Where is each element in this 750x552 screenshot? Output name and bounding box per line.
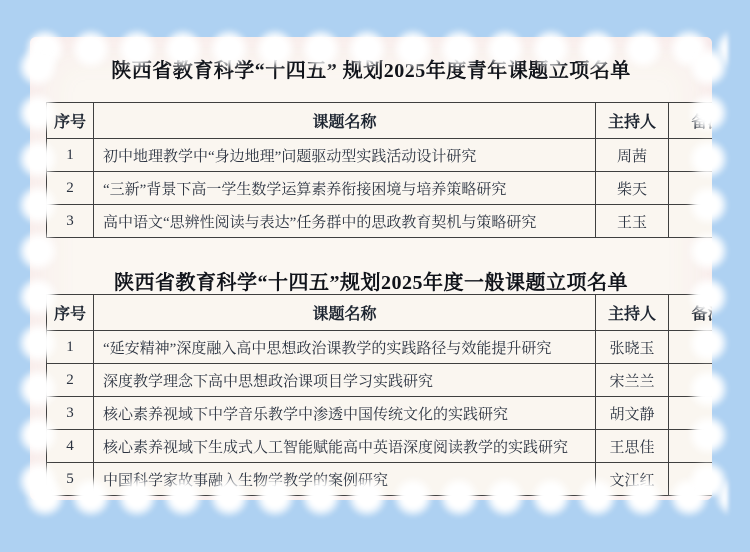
row-index-cell: 2: [47, 172, 94, 205]
row-index-cell: 2: [47, 364, 94, 397]
table-row: 5 中国科学家故事融入生物学教学的案例研究 文江红: [47, 463, 713, 496]
topic-cell: 核心素养视域下中学音乐教学中渗透中国传统文化的实践研究: [94, 397, 596, 430]
remark-cell: [669, 397, 713, 430]
leader-cell: 胡文静: [596, 397, 669, 430]
leader-cell: 柴天: [596, 172, 669, 205]
topic-cell: “延安精神”深度融入高中思想政治课教学的实践路径与效能提升研究: [94, 331, 596, 364]
leader-cell: 王玉: [596, 205, 669, 238]
row-index-cell: 1: [47, 331, 94, 364]
leader-cell: 文江红: [596, 463, 669, 496]
column-header-leader: 主持人: [596, 103, 669, 139]
table-title-general: 陕西省教育科学“十四五”规划2025年度一般课题立项名单: [30, 266, 712, 295]
topic-cell: 核心素养视域下生成式人工智能赋能高中英语深度阅读教学的实践研究: [94, 430, 596, 463]
table-header-row: 序号 课题名称 主持人 备注: [47, 103, 713, 139]
table-row: 2 深度教学理念下高中思想政治课项目学习实践研究 宋兰兰: [47, 364, 713, 397]
content-panel: 陕西省教育科学“十四五” 规划2025年度青年课题立项名单 序号 课题名称 主持…: [30, 37, 712, 500]
table-title-youth: 陕西省教育科学“十四五” 规划2025年度青年课题立项名单: [30, 54, 712, 83]
remark-cell: [669, 172, 713, 205]
topic-cell: 深度教学理念下高中思想政治课项目学习实践研究: [94, 364, 596, 397]
topic-cell: 初中地理教学中“身边地理”问题驱动型实践活动设计研究: [94, 139, 596, 172]
topic-cell: 中国科学家故事融入生物学教学的案例研究: [94, 463, 596, 496]
topic-cell: “三新”背景下高一学生数学运算素养衔接困境与培养策略研究: [94, 172, 596, 205]
remark-cell: [669, 205, 713, 238]
column-header-topic: 课题名称: [94, 295, 596, 331]
leader-cell: 周茜: [596, 139, 669, 172]
remark-cell: [669, 139, 713, 172]
table-row: 2 “三新”背景下高一学生数学运算素养衔接困境与培养策略研究 柴天: [47, 172, 713, 205]
table-header-row: 序号 课题名称 主持人 备注: [47, 295, 713, 331]
remark-cell: [669, 364, 713, 397]
row-index-cell: 3: [47, 397, 94, 430]
youth-projects-table: 序号 课题名称 主持人 备注 1 初中地理教学中“身边地理”问题驱动型实践活动设…: [46, 102, 712, 238]
leader-cell: 宋兰兰: [596, 364, 669, 397]
table-row: 3 核心素养视域下中学音乐教学中渗透中国传统文化的实践研究 胡文静: [47, 397, 713, 430]
table-row: 1 “延安精神”深度融入高中思想政治课教学的实践路径与效能提升研究 张晓玉: [47, 331, 713, 364]
table-row: 3 高中语文“思辨性阅读与表达”任务群中的思政教育契机与策略研究 王玉: [47, 205, 713, 238]
remark-cell: [669, 331, 713, 364]
general-projects-table: 序号 课题名称 主持人 备注 1 “延安精神”深度融入高中思想政治课教学的实践路…: [46, 294, 712, 496]
column-header-index: 序号: [47, 103, 94, 139]
column-header-index: 序号: [47, 295, 94, 331]
column-header-topic: 课题名称: [94, 103, 596, 139]
remark-cell: [669, 463, 713, 496]
page: { "colors": { "background": "#aed1f2", "…: [0, 0, 750, 552]
column-header-remark: 备注: [669, 103, 713, 139]
remark-cell: [669, 430, 713, 463]
leader-cell: 张晓玉: [596, 331, 669, 364]
table-row: 1 初中地理教学中“身边地理”问题驱动型实践活动设计研究 周茜: [47, 139, 713, 172]
row-index-cell: 5: [47, 463, 94, 496]
leader-cell: 王思佳: [596, 430, 669, 463]
column-header-leader: 主持人: [596, 295, 669, 331]
row-index-cell: 4: [47, 430, 94, 463]
row-index-cell: 3: [47, 205, 94, 238]
row-index-cell: 1: [47, 139, 94, 172]
column-header-remark: 备注: [669, 295, 713, 331]
topic-cell: 高中语文“思辨性阅读与表达”任务群中的思政教育契机与策略研究: [94, 205, 596, 238]
table-row: 4 核心素养视域下生成式人工智能赋能高中英语深度阅读教学的实践研究 王思佳: [47, 430, 713, 463]
